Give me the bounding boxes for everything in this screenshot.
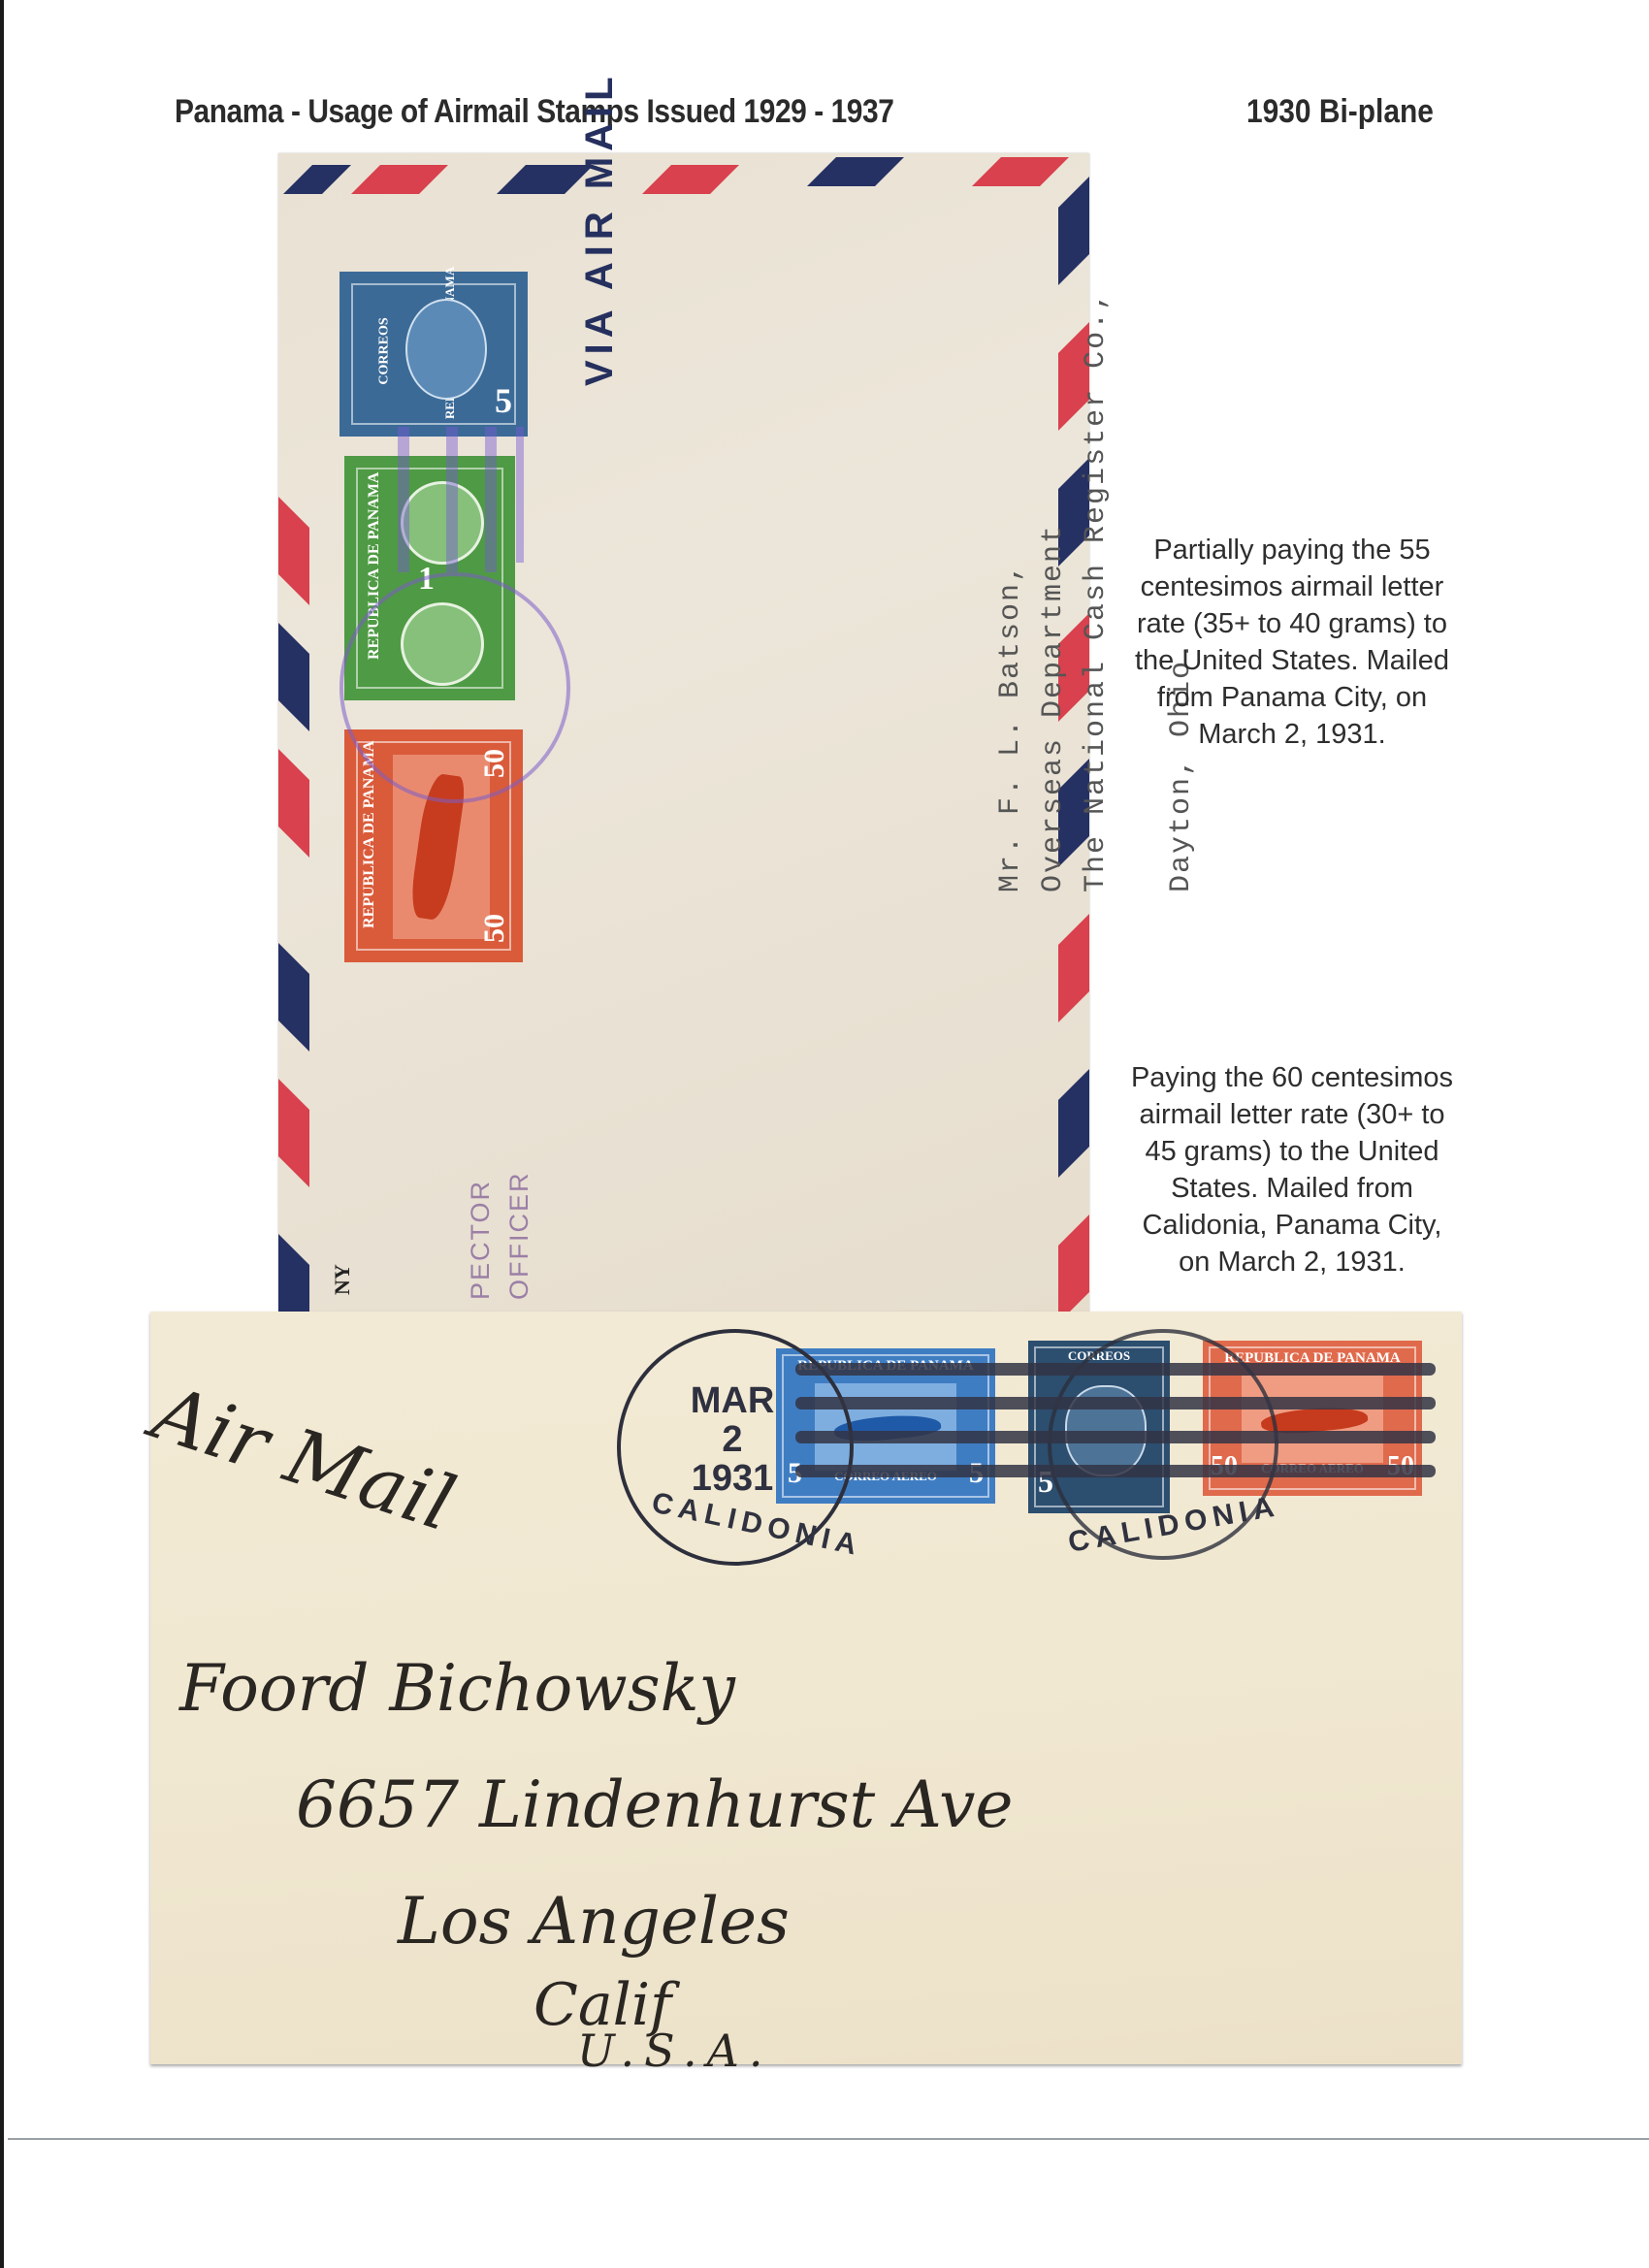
air-mail-handwritten: Air Mail (143, 1370, 465, 1548)
note-line: Partially paying the 55 (1079, 532, 1505, 568)
airmail-border-stripe (278, 943, 309, 1052)
censor-handstamp: PECTOR OFFICER (461, 1172, 538, 1301)
note-line: rate (35+ to 40 grams) to (1079, 605, 1505, 642)
airmail-border-stripe (278, 623, 309, 731)
address-line: Overseas Department (1037, 524, 1070, 892)
address-line: Foord Bichowsky (179, 1651, 735, 1726)
airmail-border-stripe (278, 1079, 309, 1187)
note-line: States. Mailed from (1079, 1170, 1505, 1207)
airmail-border-stripe (642, 165, 739, 194)
airmail-border-stripe (807, 157, 904, 186)
airmail-border-stripe (972, 157, 1069, 186)
airmail-border-stripe (278, 749, 309, 858)
censor-line: PECTOR (466, 1180, 495, 1300)
stamp-5c-coat-of-arms: CORREOS REPUBLICA DE PANAMA 5 (339, 272, 528, 437)
page-title: Panama - Usage of Airmail Stamps Issued … (175, 93, 893, 131)
note-line: the United States. Mailed (1079, 642, 1505, 679)
stamp-label: CORREOS (377, 317, 393, 384)
address-line: Mr. F. L. Batson, (994, 563, 1027, 892)
postmark-month: MAR (679, 1382, 786, 1421)
airmail-border-stripe (278, 1234, 309, 1313)
note-line: March 2, 1931. (1079, 716, 1505, 753)
note-line: Paying the 60 centesimos (1079, 1059, 1505, 1096)
purple-cancel-bar (485, 427, 497, 572)
note-line: airmail letter rate (30+ to (1079, 1096, 1505, 1133)
cancel-bar (795, 1397, 1436, 1409)
cancel-bar (795, 1465, 1436, 1477)
scan-edge (0, 0, 4, 2268)
purple-cancel-bar (516, 427, 524, 563)
portrait-icon (401, 481, 484, 565)
address-line: 6657 Lindenhurst Ave (296, 1767, 1013, 1842)
purple-cancel-bar (446, 427, 458, 572)
address-line: U.S.A. (577, 2025, 773, 2077)
airmail-border-stripe (1058, 177, 1089, 285)
purple-circular-cancel (339, 572, 570, 803)
note-line: 45 grams) to the United (1079, 1133, 1505, 1170)
airmail-border-stripe (283, 165, 351, 194)
note-line: centesimos airmail letter (1079, 568, 1505, 605)
airmail-border-stripe (351, 165, 448, 194)
note-line: Calidonia, Panama City, (1079, 1207, 1505, 1244)
cancel-bar (795, 1363, 1436, 1376)
page-divider (8, 2138, 1649, 2140)
stamp-denomination: 50 (478, 914, 511, 943)
censor-line: OFFICER (504, 1172, 533, 1301)
cancel-bar (795, 1431, 1436, 1443)
via-air-mail-marking: VIA AIR MAIL (578, 56, 622, 386)
note-line: from Panama City, on (1079, 679, 1505, 716)
airmail-border-stripe (278, 497, 309, 605)
description-cover-1: Partially paying the 55 centesimos airma… (1079, 532, 1505, 753)
postmark-year: 1931 (679, 1460, 786, 1499)
page-subtitle: 1930 Bi-plane (1246, 93, 1434, 131)
stamp-denomination: 5 (495, 380, 512, 421)
postmark-day: 2 (679, 1421, 786, 1460)
coat-of-arms-icon (405, 299, 487, 400)
postmark-date: MAR 2 1931 (679, 1382, 786, 1499)
airmail-border-stripe (1058, 914, 1089, 1022)
description-cover-2: Paying the 60 centesimos airmail letter … (1079, 1059, 1505, 1280)
note-line: on March 2, 1931. (1079, 1244, 1505, 1280)
address-line: Los Angeles (398, 1884, 790, 1959)
purple-cancel-bar (398, 427, 409, 572)
stamp-country: REPUBLICA DE PANAMA (361, 754, 378, 928)
partial-text: NY (330, 1264, 355, 1295)
